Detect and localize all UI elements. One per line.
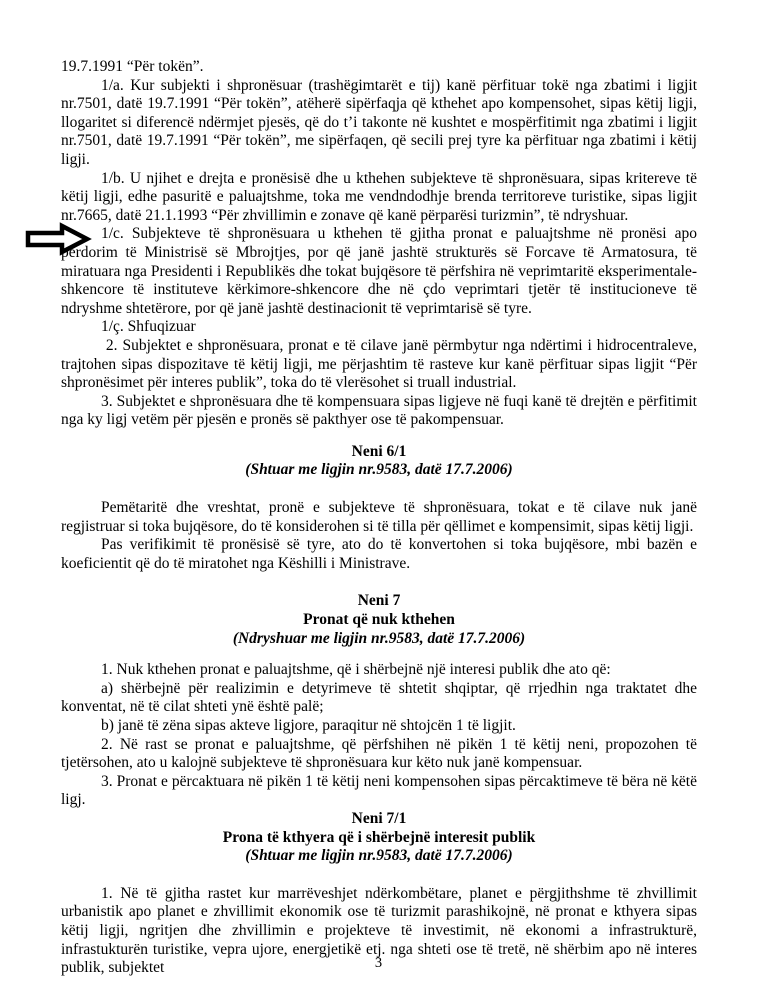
heading-neni-6-1: Neni 6/1 — [61, 443, 697, 462]
page-number: 3 — [0, 954, 757, 972]
paragraph-3: 3. Subjektet e shpronësuara dhe të kompe… — [61, 393, 697, 430]
paragraph-1a: 1/a. Kur subjekti i shpronësuar (trashëg… — [61, 77, 697, 170]
paragraph-2: 2. Subjektet e shpronësuara, pronat e të… — [61, 337, 697, 393]
paragraph-7-pa: a) shërbejnë për realizimin e detyrimeve… — [61, 680, 697, 717]
document-text: 19.7.1991 “Për tokën”. 1/a. Kur subjekti… — [61, 58, 697, 978]
paragraph-7-p2: 2. Në rast se pronat e paluajtshme, që p… — [61, 736, 697, 773]
paragraph-1c: 1/c. Subjekteve të shpronësuara u kthehe… — [61, 225, 697, 318]
subtitle-neni-7: Pronat që nuk kthehen — [61, 611, 697, 630]
paragraph-7-p1: 1. Nuk kthehen pronat e paluajtshme, që … — [61, 661, 697, 680]
continuation-line: 19.7.1991 “Për tokën”. — [61, 58, 697, 77]
paragraph-6-1-p1: Pemëtaritë dhe vreshtat, pronë e subjekt… — [61, 499, 697, 536]
paragraph-6-1-p2: Pas verifikimit të pronësisë së tyre, at… — [61, 536, 697, 573]
paragraph-7-p3: 3. Pronat e përcaktuara në pikën 1 të kë… — [61, 773, 697, 810]
amendment-note-6-1: (Shtuar me ligjin nr.9583, datë 17.7.200… — [61, 461, 697, 480]
paragraph-7-pb: b) janë të zëna sipas akteve ligjore, pa… — [61, 717, 697, 736]
amendment-note-7: (Ndryshuar me ligjin nr.9583, datë 17.7.… — [61, 630, 697, 649]
paragraph-1c-shfuqizuar: 1/ç. Shfuqizuar — [61, 318, 697, 337]
heading-neni-7-1: Neni 7/1 — [61, 810, 697, 829]
heading-neni-7: Neni 7 — [61, 592, 697, 611]
paragraph-1b: 1/b. U njihet e drejta e pronësisë dhe u… — [61, 170, 697, 226]
amendment-note-7-1: (Shtuar me ligjin nr.9583, datë 17.7.200… — [61, 847, 697, 866]
subtitle-neni-7-1: Prona të kthyera që i shërbejnë interesi… — [61, 829, 697, 848]
